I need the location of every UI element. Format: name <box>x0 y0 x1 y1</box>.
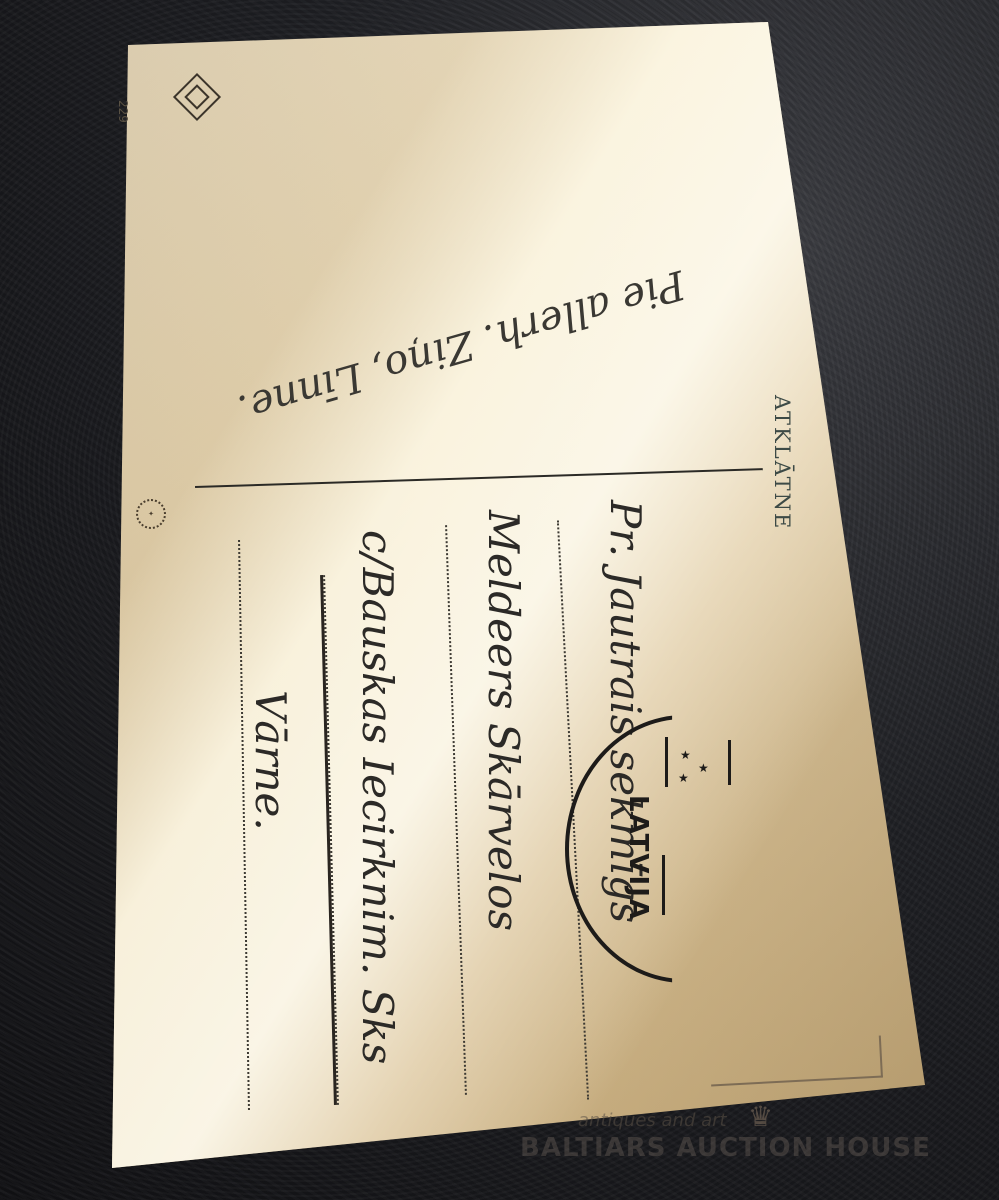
crown-icon: ♛ <box>748 1100 773 1133</box>
watermark-brand: BALTIARS AUCTION HOUSE <box>520 1133 931 1163</box>
round-seal-icon: ✦ <box>136 499 166 529</box>
postmark-bar <box>665 737 668 787</box>
address-line-2: Meldeers Skārvelos <box>479 510 528 931</box>
address-line-3: c/Bauskas Iecirknim. Sks <box>353 530 402 1064</box>
address-line-4: Vārne. <box>246 690 295 831</box>
star-icon: ★ <box>698 761 709 775</box>
stamp-placeholder-box <box>709 1036 883 1087</box>
printed-label: ATKLĀTNE <box>770 395 794 530</box>
star-icon: ★ <box>680 748 691 762</box>
postmark-bar <box>728 740 731 785</box>
postmark-text: LATVIJA <box>623 795 653 921</box>
watermark-tagline: antiques and art <box>578 1110 727 1131</box>
postmark-bar <box>662 855 665 915</box>
postmark: LATVIJA ★ ★ ★ <box>565 715 805 985</box>
postcard: 229 ATKLĀTNE ✦ Pie allerh. Ziņo, Līnne. … <box>0 0 999 1200</box>
catalog-number: 229 <box>116 100 130 123</box>
star-icon: ★ <box>678 771 689 785</box>
